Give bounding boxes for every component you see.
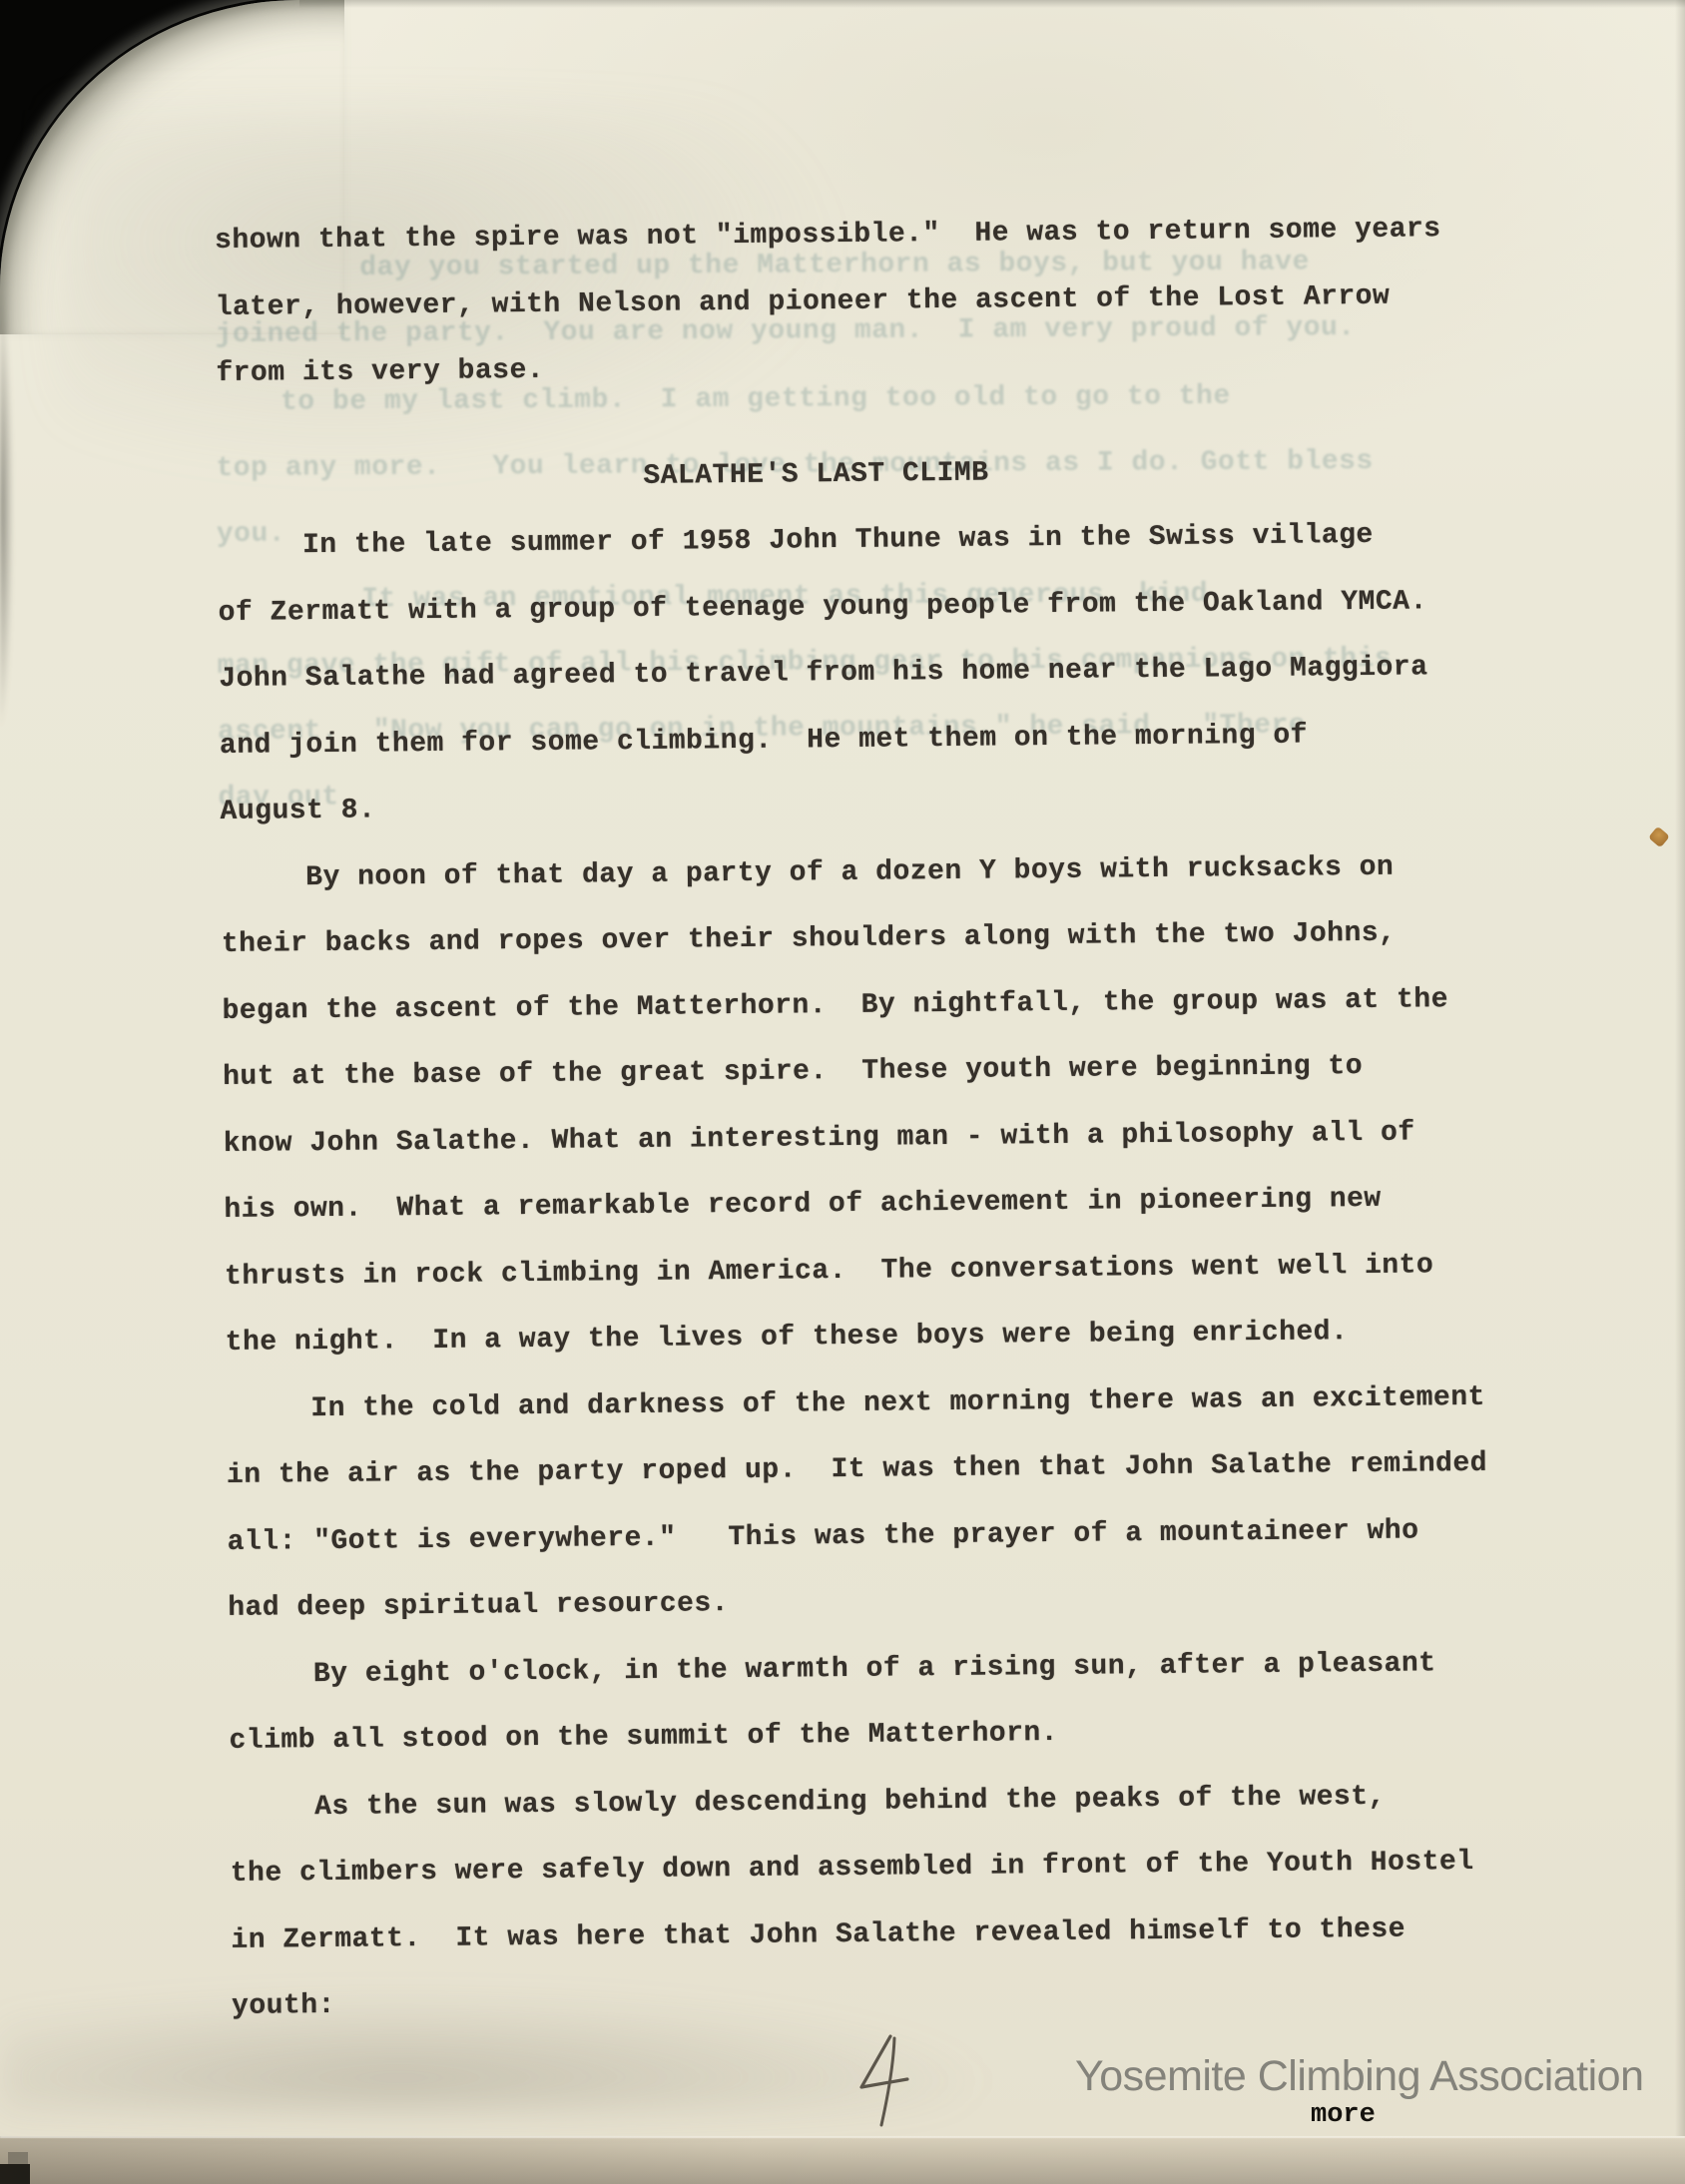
- typed-line: the climbers were safely down and assemb…: [231, 1849, 1474, 1889]
- typed-text-layer: shown that the spire was not "impossible…: [0, 0, 1685, 2138]
- typed-line: began the ascent of the Matterhorn. By n…: [222, 986, 1448, 1026]
- typed-line: know John Salathe. What an interesting m…: [224, 1119, 1415, 1158]
- typed-line: By eight o'clock, in the warmth of a ris…: [313, 1650, 1436, 1689]
- typed-line: climb all stood on the summit of the Mat…: [229, 1720, 1058, 1756]
- typed-line: thrusts in rock climbing in America. The…: [225, 1252, 1433, 1292]
- typed-line: By noon of that day a party of a dozen Y…: [305, 853, 1394, 891]
- more-label: more: [1311, 2102, 1376, 2129]
- scan-notch-dark: [0, 2164, 30, 2184]
- typed-line: their backs and ropes over their shoulde…: [222, 920, 1397, 959]
- typed-line: In the late summer of 1958 John Thune wa…: [302, 522, 1374, 560]
- watermark-label: Yosemite Climbing Association: [1075, 2052, 1644, 2101]
- scanned-page-canvas: day you started up the Matterhorn as boy…: [0, 0, 1685, 2184]
- typed-line: in Zermatt. It was here that John Salath…: [231, 1915, 1405, 1954]
- typed-line: in the air as the party roped up. It was…: [227, 1450, 1487, 1490]
- scan-notch-grey: [8, 2152, 28, 2170]
- typed-line: As the sun was slowly descending behind …: [314, 1783, 1386, 1821]
- typed-line: John Salathe had agreed to travel from h…: [219, 654, 1427, 694]
- typed-line: the night. In a way the lives of these b…: [226, 1319, 1349, 1358]
- section-heading: SALATHE'S LAST CLIMB: [643, 459, 988, 490]
- typed-line: youth:: [232, 1992, 335, 2021]
- typed-line: In the cold and darkness of the next mor…: [310, 1383, 1485, 1422]
- document-page: day you started up the Matterhorn as boy…: [0, 0, 1685, 2136]
- handwritten-page-number: [848, 2024, 928, 2134]
- typed-line: his own. What a remarkable record of ach…: [224, 1186, 1382, 1225]
- typed-line: and join them for some climbing. He met …: [220, 722, 1308, 760]
- typed-line: shown that the spire was not "impossible…: [215, 216, 1441, 256]
- typed-line: August 8.: [220, 797, 375, 825]
- typed-line: of Zermatt with a group of teenage young…: [219, 588, 1427, 628]
- typed-line: all: "Gott is everywhere." This was the …: [227, 1517, 1418, 1556]
- scan-table-edge: [0, 2136, 1685, 2184]
- typed-line: from its very base.: [216, 357, 544, 388]
- typed-line: later, however, with Nelson and pioneer …: [216, 282, 1391, 321]
- typed-line: had deep spiritual resources.: [228, 1590, 729, 1623]
- typed-line: hut at the base of the great spire. Thes…: [223, 1053, 1363, 1092]
